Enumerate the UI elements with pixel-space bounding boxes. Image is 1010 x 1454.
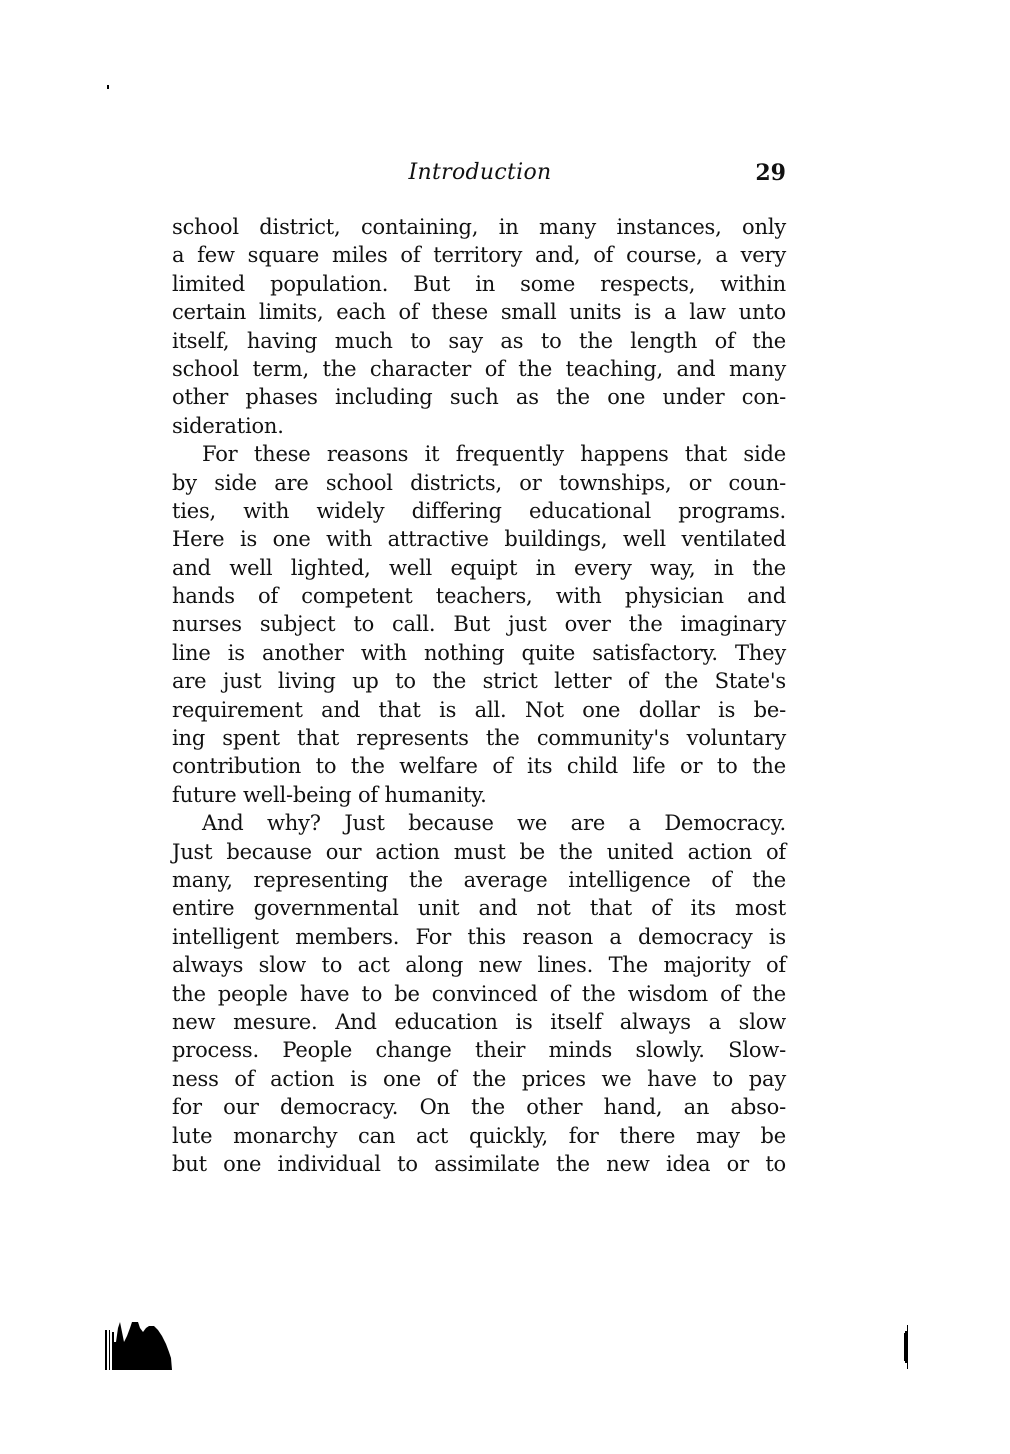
text-line: many, representing the average intellige… bbox=[172, 866, 786, 894]
text-line: entire governmental unit and not that of… bbox=[172, 894, 786, 922]
text-line: new mesure. And education is itself alwa… bbox=[172, 1008, 786, 1036]
running-title: Introduction bbox=[172, 156, 788, 190]
text-line: requirement and that is all. Not one dol… bbox=[172, 696, 786, 724]
text-line: contribution to the welfare of its child… bbox=[172, 752, 786, 780]
text-line: line is another with nothing quite satis… bbox=[172, 639, 786, 667]
text-line: ing spent that represents the community'… bbox=[172, 724, 786, 752]
text-line: and well lighted, well equipt in every w… bbox=[172, 554, 786, 582]
text-line: ness of action is one of the prices we h… bbox=[172, 1065, 786, 1093]
text-line: school term, the character of the teachi… bbox=[172, 355, 786, 383]
text-line: always slow to act along new lines. The … bbox=[172, 951, 786, 979]
text-line: limited population. But in some respects… bbox=[172, 270, 786, 298]
scan-mark-icon bbox=[903, 1325, 909, 1369]
text-line: process. People change their minds slowl… bbox=[172, 1036, 786, 1064]
book-page: Introduction 29 school district, contain… bbox=[0, 0, 1010, 1454]
text-line: itself, having much to say as to the len… bbox=[172, 327, 786, 355]
text-line: by side are school districts, or townshi… bbox=[172, 469, 786, 497]
text-line: And why? Just because we are a Democracy… bbox=[172, 809, 786, 837]
body-text: school district, containing, in many ins… bbox=[172, 213, 786, 1178]
scan-speck bbox=[107, 85, 109, 89]
text-line: a few square miles of territory and, of … bbox=[172, 241, 786, 269]
text-line: school district, containing, in many ins… bbox=[172, 213, 786, 241]
text-line: nurses subject to call. But just over th… bbox=[172, 610, 786, 638]
text-line: other phases including such as the one u… bbox=[172, 383, 786, 411]
text-line: but one individual to assimilate the new… bbox=[172, 1150, 786, 1178]
page-number: 29 bbox=[755, 156, 786, 190]
text-line: For these reasons it frequently happens … bbox=[172, 440, 786, 468]
scan-blot-icon bbox=[105, 1322, 179, 1370]
text-line: hands of competent teachers, with physic… bbox=[172, 582, 786, 610]
text-line: sideration. bbox=[172, 412, 786, 440]
text-line: Here is one with attractive buildings, w… bbox=[172, 525, 786, 553]
running-header: Introduction 29 bbox=[172, 156, 788, 190]
text-line: the people have to be convinced of the w… bbox=[172, 980, 786, 1008]
text-line: future well-being of humanity. bbox=[172, 781, 786, 809]
text-line: for our democracy. On the other hand, an… bbox=[172, 1093, 786, 1121]
text-line: ties, with widely differing educational … bbox=[172, 497, 786, 525]
text-line: certain limits, each of these small unit… bbox=[172, 298, 786, 326]
text-line: Just because our action must be the unit… bbox=[172, 838, 786, 866]
text-line: are just living up to the strict letter … bbox=[172, 667, 786, 695]
text-line: lute monarchy can act quickly, for there… bbox=[172, 1122, 786, 1150]
text-line: intelligent members. For this reason a d… bbox=[172, 923, 786, 951]
